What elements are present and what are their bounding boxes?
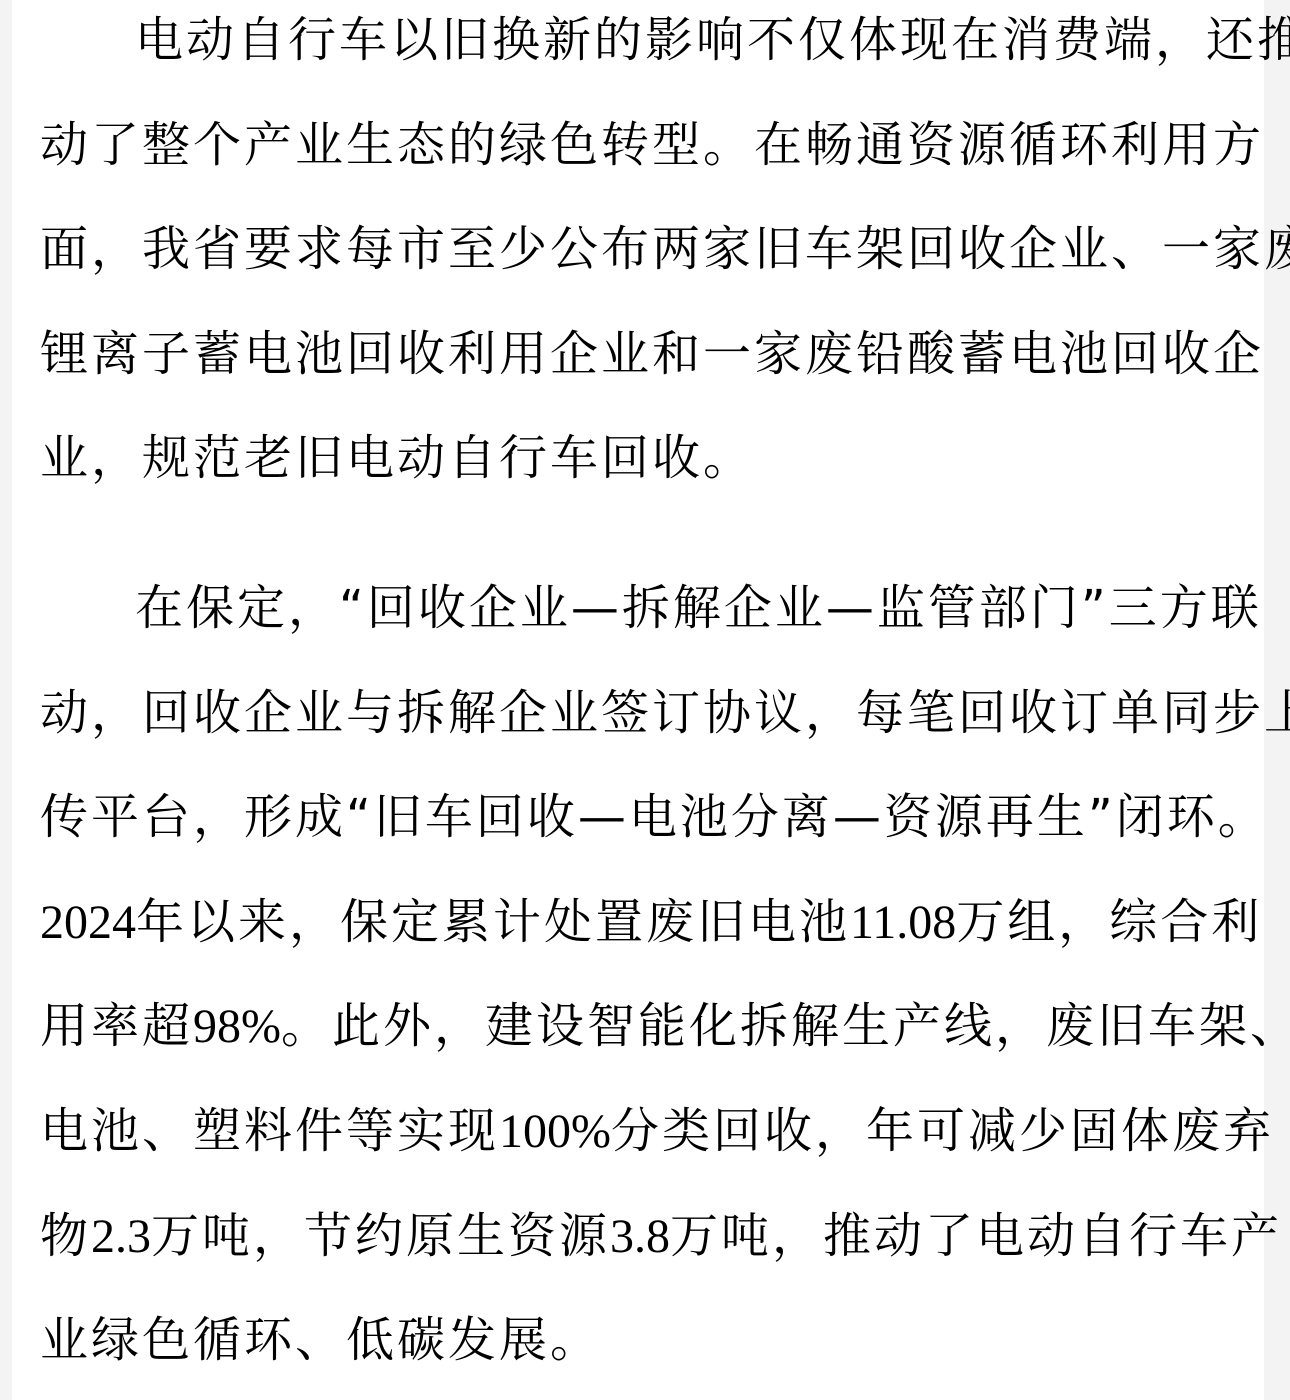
paragraph-line: 用率超98%。此外，建设智能化拆解生产线，废旧车架、 [40, 996, 1290, 1056]
numeric-value: 2024 [40, 896, 136, 949]
paragraph-line: 2024年以来，保定累计处置废旧电池11.08万组，综合利 [40, 892, 1262, 952]
paragraph-line: 业，规范老旧电动自行车回收。 [40, 428, 754, 488]
numeric-value: 11.08 [850, 896, 956, 949]
paragraph-line: 传平台，形成“旧车回收—电池分离—资源再生”闭环。 [40, 787, 1269, 847]
paragraph-line: 物2.3万吨，节约原生资源3.8万吨，推动了电动自行车产 [40, 1206, 1282, 1266]
article-page: 电动自行车以旧换新的影响不仅体现在消费端，还推 动了整个产业生态的绿色转型。在畅… [12, 0, 1264, 1400]
paragraph-line: 动了整个产业生态的绿色转型。在畅通资源循环利用方 [40, 115, 1264, 175]
paragraph-line: 在保定，“回收企业—拆解企业—监管部门”三方联 [135, 578, 1262, 638]
paragraph-line: 电池、塑料件等实现100%分类回收，年可减少固体废弃 [40, 1101, 1274, 1161]
paragraph-line: 电动自行车以旧换新的影响不仅体现在消费端，还推 [135, 10, 1290, 70]
numeric-value: 2.3 [91, 1210, 151, 1263]
numeric-value: 3.8 [610, 1210, 670, 1263]
paragraph-line: 面，我省要求每市至少公布两家旧车架回收企业、一家废 [40, 219, 1290, 279]
numeric-value: 98% [193, 1000, 281, 1053]
paragraph-line: 锂离子蓄电池回收利用企业和一家废铅酸蓄电池回收企 [40, 324, 1264, 384]
numeric-value: 100% [499, 1105, 611, 1158]
paragraph-line: 业绿色循环、低碳发展。 [40, 1310, 601, 1370]
paragraph-line: 动，回收企业与拆解企业签订协议，每笔回收订单同步上 [40, 683, 1290, 743]
